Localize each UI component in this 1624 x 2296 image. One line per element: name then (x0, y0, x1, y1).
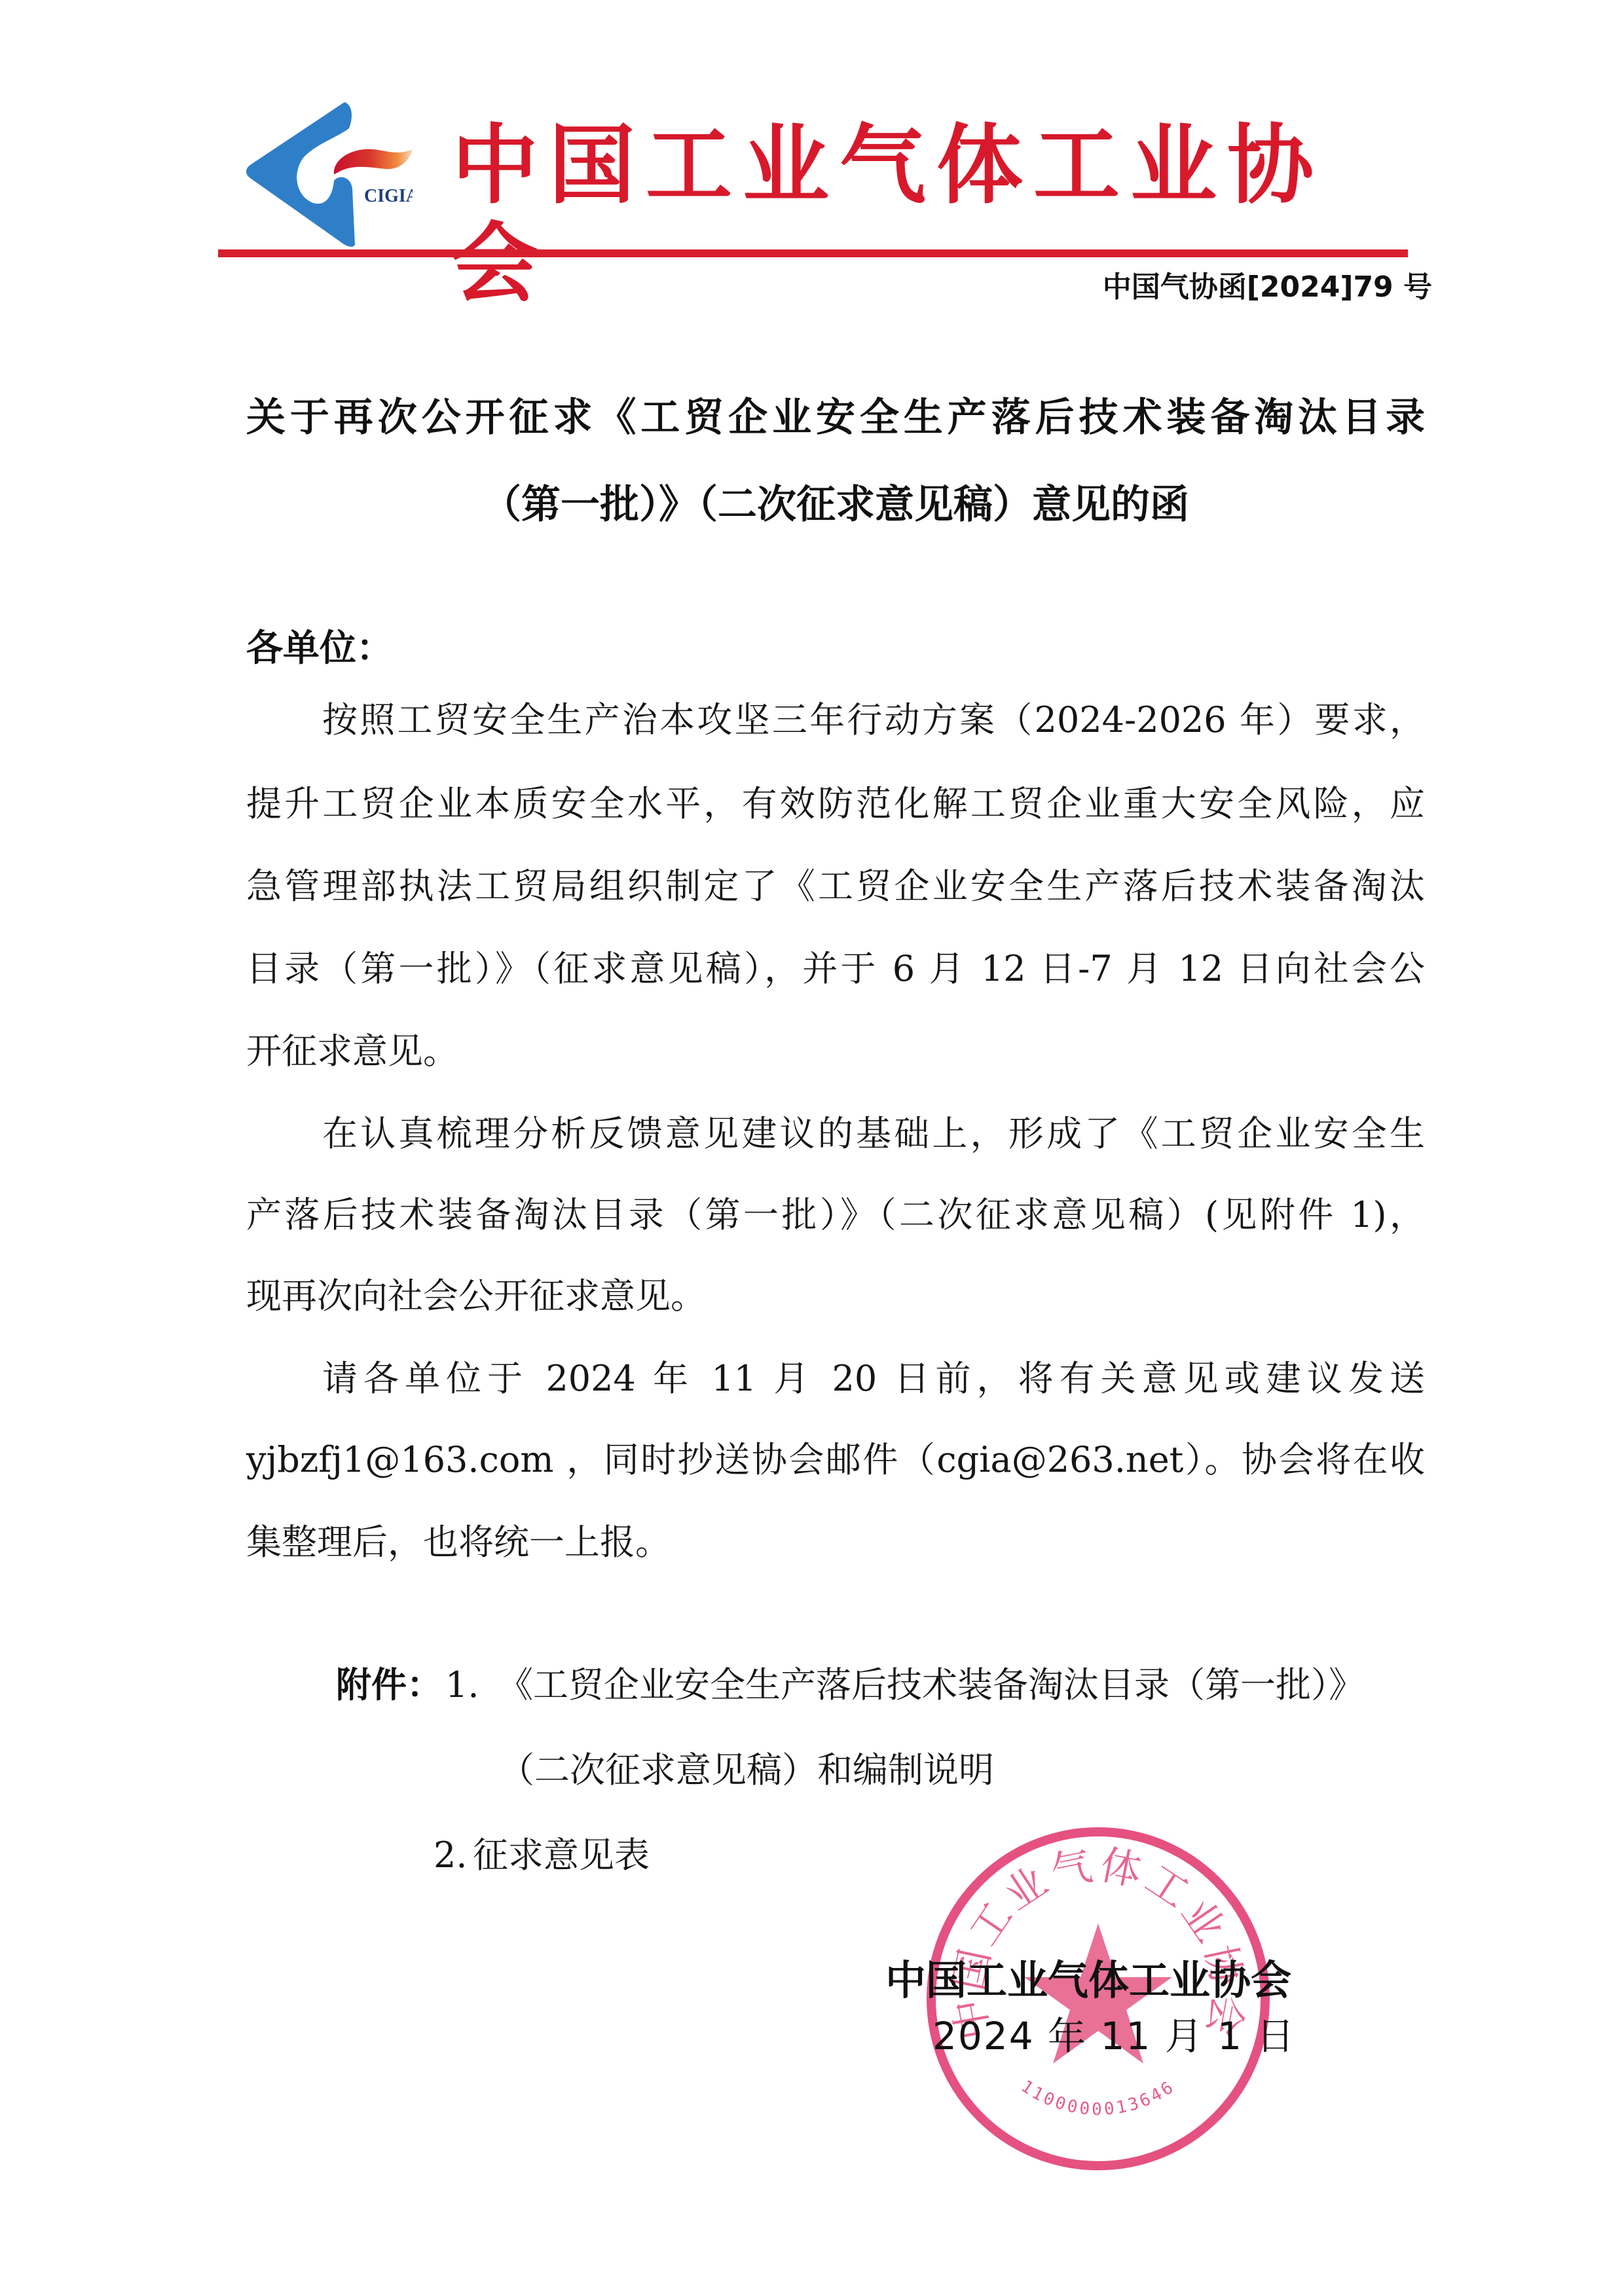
attachment-2-title: 征求意见表 (473, 1834, 650, 1876)
body-line: 开征求意见。 (246, 1030, 1425, 1072)
body-line: 在认真梳理分析反馈意见建议的基础上，形成了《工贸企业安全生 (322, 1113, 1425, 1155)
body-line: 集整理后，也将统一上报。 (246, 1522, 1425, 1563)
attachments-label: 附件： (336, 1664, 442, 1706)
attachment-2-number: 2. (434, 1834, 468, 1876)
cigia-logo-icon: CIGIA (241, 97, 413, 249)
organization-name: 中国工业气体工业协会 (452, 117, 1369, 215)
body-line: 产落后技术装备淘汰目录（第一批）》（二次征求意见稿）(见附件 1)， (246, 1194, 1425, 1236)
body-line: 按照工贸安全生产治本攻坚三年行动方案（2024-2026 年）要求， (322, 699, 1425, 741)
body-line: 提升工贸企业本质安全水平，有效防范化解工贸企业重大安全风险，应 (246, 783, 1425, 825)
logo-text: CIGIA (364, 186, 413, 206)
attachment-1-number: 1. (445, 1664, 479, 1706)
body-line: 急管理部执法工贸局组织制定了《工贸企业安全生产落后技术装备淘汰 (246, 866, 1425, 907)
seal-code: 1100000013646 (1018, 2077, 1179, 2119)
svg-text:1100000013646: 1100000013646 (1018, 2077, 1179, 2119)
attachment-1-subtitle: （二次征求意见稿）和编制说明 (499, 1749, 994, 1791)
salutation: 各单位： (246, 627, 393, 670)
signature-date: 2024 年 11 月 1 日 (932, 2014, 1296, 2058)
body-line: 请各单位于 2024 年 11 月 20 日前，将有关意见或建议发送 (322, 1358, 1425, 1400)
signature-organization: 中国工业气体工业协会 (885, 1958, 1264, 2003)
body-line: 目录（第一批）》（征求意见稿），并于 6 月 12 日-7 月 12 日向社会公 (246, 948, 1425, 990)
attachment-1-title: 《工贸企业安全生产落后技术装备淘汰目录（第一批）》 (498, 1664, 1364, 1706)
body-line: 现再次向社会公开征求意见。 (246, 1275, 1425, 1317)
letterhead-divider (218, 249, 1408, 257)
document-number: 中国气协函[2024]79 号 (1103, 270, 1432, 305)
body-line-with-emails: yjbzfj1@163.com ，同时抄送协会邮件（cgia@263.net）。… (246, 1439, 1425, 1481)
document-title-line-2: （第一批）》（二次征求意见稿）意见的函 (246, 482, 1425, 528)
document-title-line-1: 关于再次公开征求《工贸企业安全生产落后技术装备淘汰目录 (246, 395, 1425, 441)
